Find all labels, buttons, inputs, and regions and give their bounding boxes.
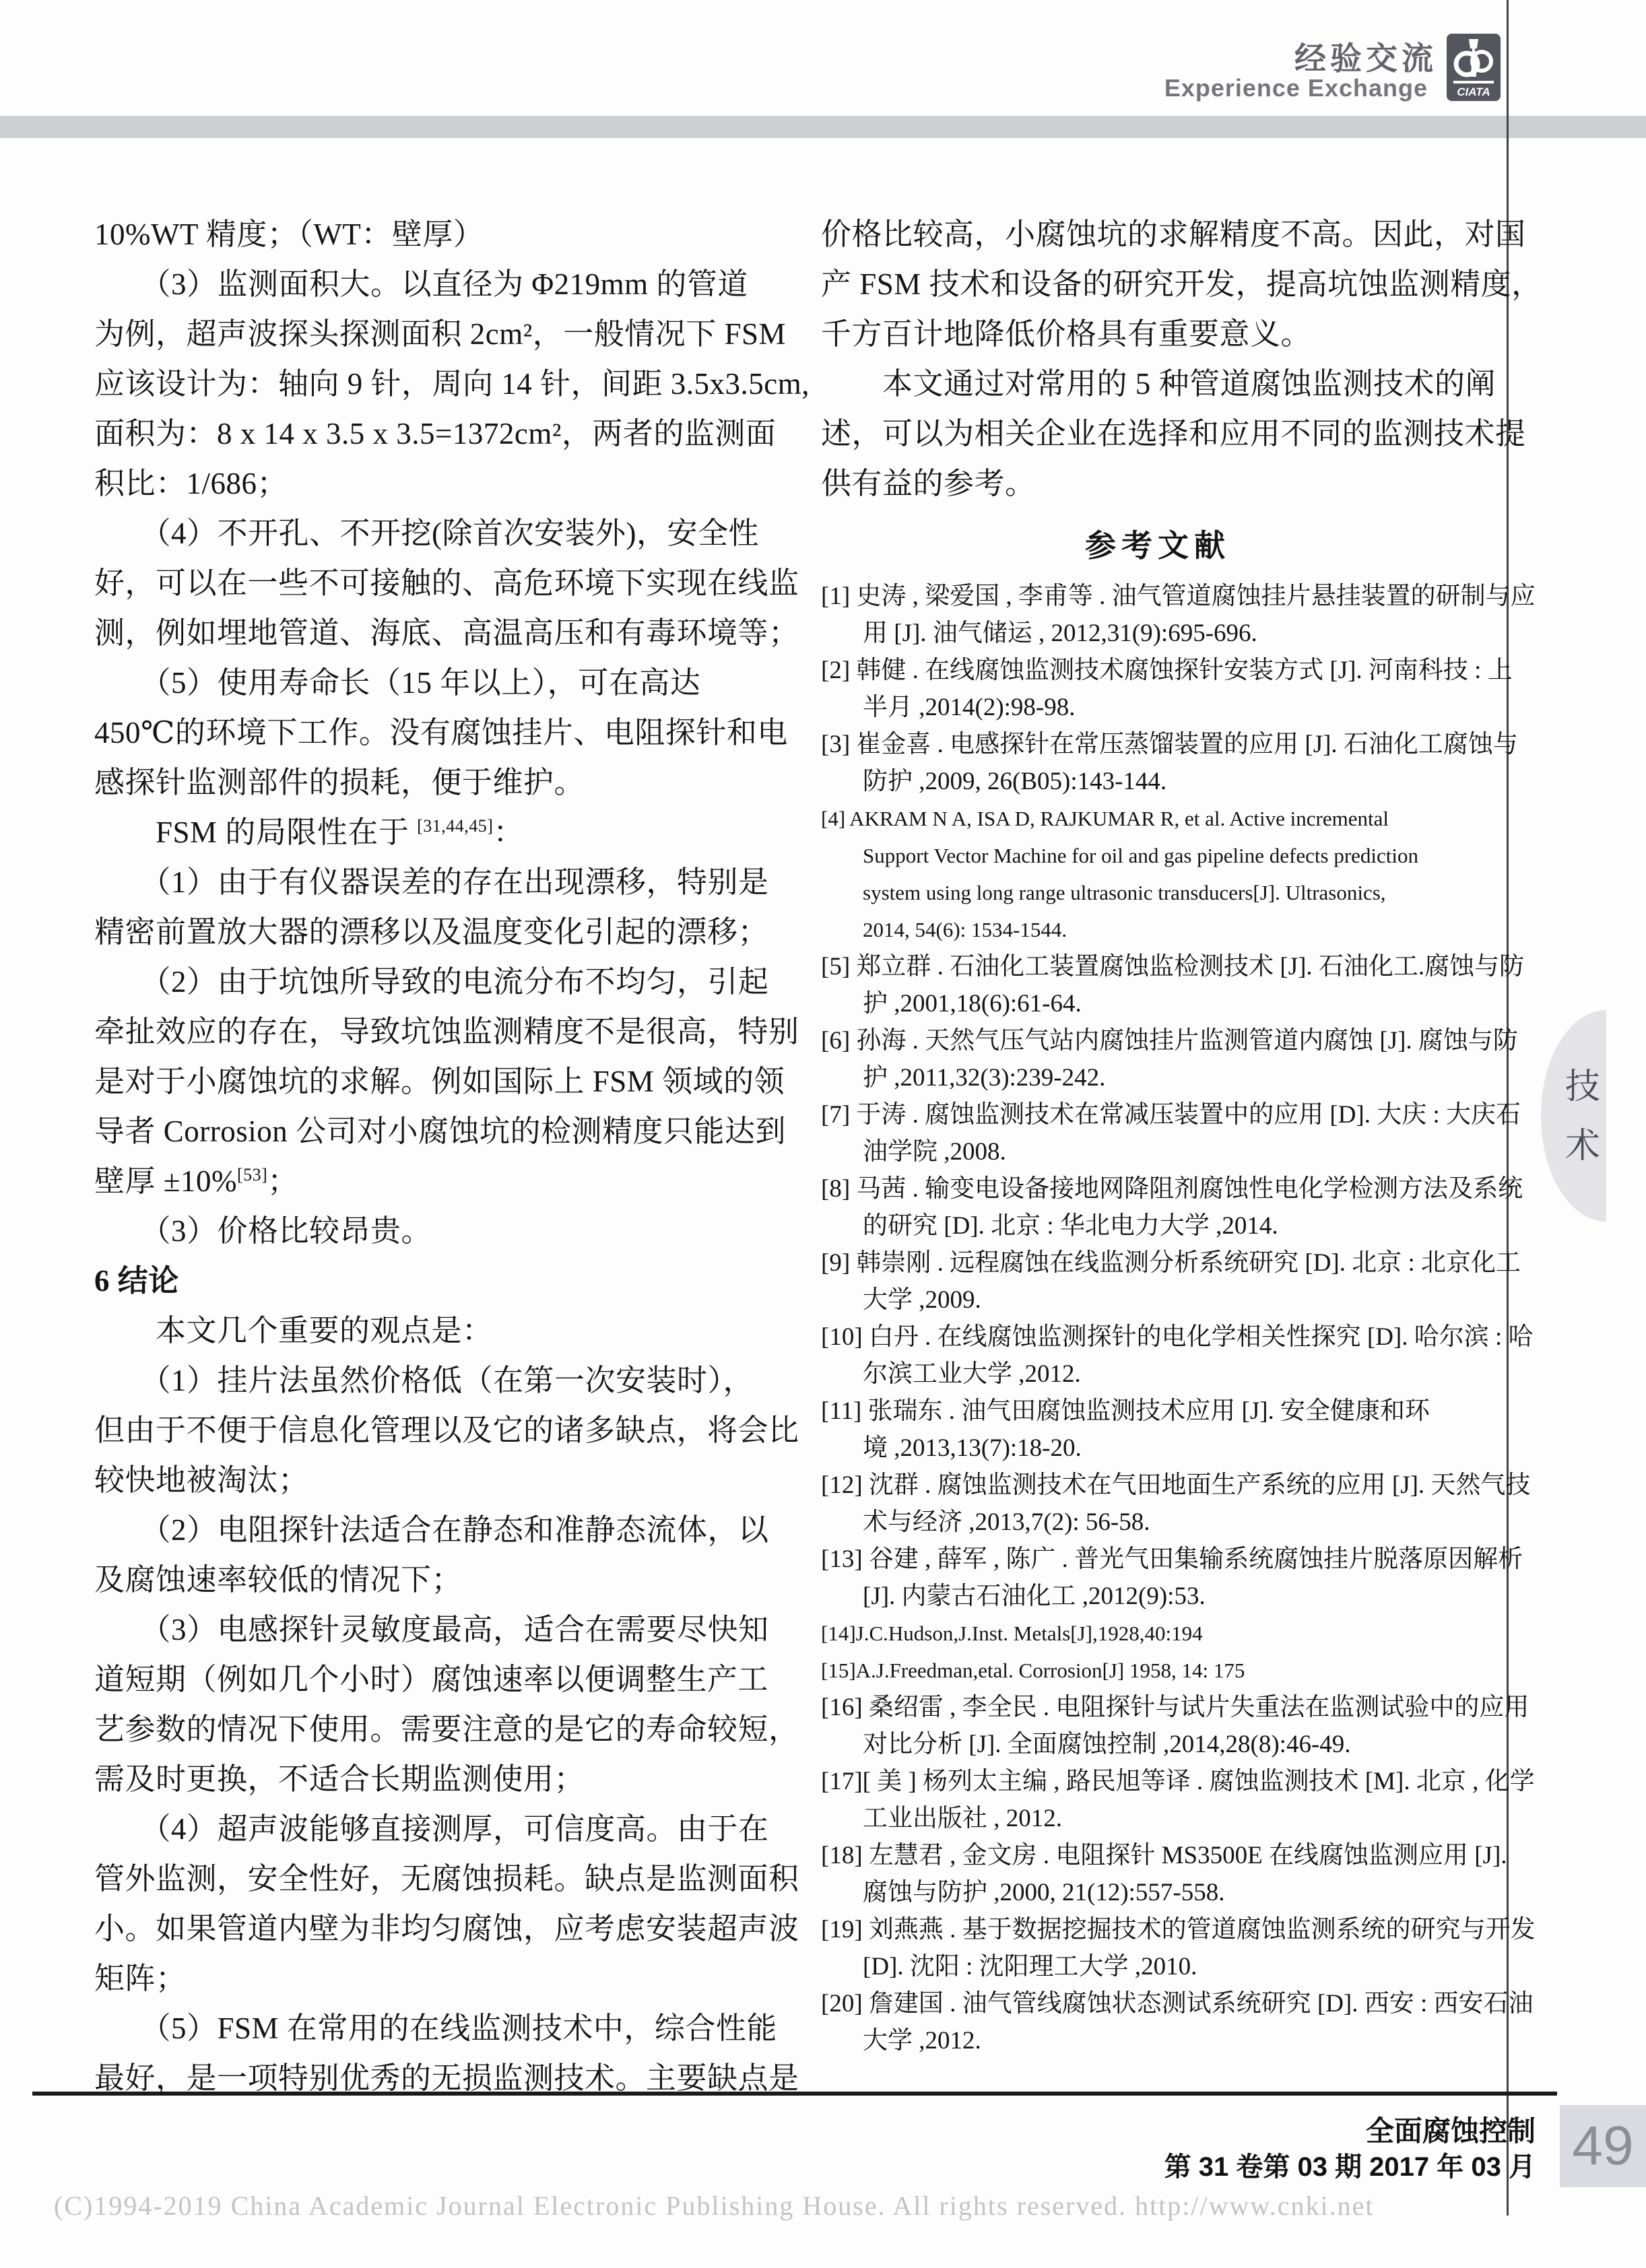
text-line: 450℃的环境下工作。没有腐蚀挂片、电阻探针和电 xyxy=(94,708,773,758)
text-line: 积比：1/686； xyxy=(94,459,773,508)
right-column-body: 价格比较高，小腐蚀坑的求解精度不高。因此，对国产 FSM 技术和设备的研究开发，… xyxy=(821,209,1494,508)
footer-divider xyxy=(32,2092,1557,2096)
reference-line: [20] 詹建国 . 油气管线腐蚀状态测试系统研究 [D]. 西安 : 西安石油 xyxy=(821,1985,1503,2022)
reference-line: 术与经济 ,2013,7(2): 56-58. xyxy=(821,1504,1503,1541)
copyright-watermark: (C)1994-2019 China Academic Journal Elec… xyxy=(54,2190,1374,2222)
section-title-cn: 经验交流 xyxy=(1294,34,1437,79)
text-line: 为例，超声波探头探测面积 2cm²，一般情况下 FSM xyxy=(94,309,773,359)
reference-line: [D]. 沈阳 : 沈阳理工大学 ,2010. xyxy=(821,1948,1503,1985)
text-line: 是对于小腐蚀坑的求解。例如国际上 FSM 领域的领 xyxy=(94,1057,773,1106)
text-line: 精密前置放大器的漂移以及温度变化引起的漂移； xyxy=(94,907,773,957)
text-line: 价格比较高，小腐蚀坑的求解精度不高。因此，对国 xyxy=(821,209,1494,259)
reference-line: [4] AKRAM N A, ISA D, RAJKUMAR R, et al.… xyxy=(821,800,1503,837)
reference-line: [13] 谷建 , 薛军 , 陈广 . 普光气田集输系统腐蚀挂片脱落原因解析 xyxy=(821,1541,1503,1578)
reference-line: [3] 崔金喜 . 电感探针在常压蒸馏装置的应用 [J]. 石油化工腐蚀与 xyxy=(821,726,1503,763)
text-line: 但由于不便于信息化管理以及它的诸多缺点，将会比 xyxy=(94,1405,773,1455)
reference-line: 对比分析 [J]. 全面腐蚀控制 ,2014,28(8):46-49. xyxy=(821,1726,1503,1763)
reference-line: 护 ,2001,18(6):61-64. xyxy=(821,985,1503,1022)
text-line: （3）监测面积大。以直径为 Φ219mm 的管道 xyxy=(94,259,773,309)
side-tab: 技 术 xyxy=(1541,1010,1606,1222)
reference-line: 用 [J]. 油气储运 , 2012,31(9):695-696. xyxy=(821,615,1503,652)
reference-line: 尔滨工业大学 ,2012. xyxy=(821,1356,1503,1393)
reference-line: [5] 郑立群 . 石油化工装置腐蚀监检测技术 [J]. 石油化工.腐蚀与防 xyxy=(821,948,1503,985)
reference-line: Support Vector Machine for oil and gas p… xyxy=(821,837,1503,874)
text-line: （2）由于坑蚀所导致的电流分布不均匀，引起 xyxy=(94,957,773,1007)
side-tab-label: 技 术 xyxy=(1564,1057,1602,1176)
text-line: 面积为：8 x 14 x 3.5 x 3.5=1372cm²，两者的监测面 xyxy=(94,409,773,459)
text-line: 导者 Corrosion 公司对小腐蚀坑的检测精度只能达到 xyxy=(94,1106,773,1156)
reference-line: [11] 张瑞东 . 油气田腐蚀监测技术应用 [J]. 安全健康和环 xyxy=(821,1393,1503,1430)
text-line: 牵扯效应的存在，导致坑蚀监测精度不是很高，特别 xyxy=(94,1007,773,1057)
text-line: 产 FSM 技术和设备的研究开发，提高坑蚀监测精度， xyxy=(821,259,1494,309)
reference-line: [17][ 美 ] 杨列太主编 , 路民旭等译 . 腐蚀监测技术 [M]. 北京… xyxy=(821,1763,1503,1800)
text-line: 供有益的参考。 xyxy=(821,459,1494,508)
reference-line: [7] 于涛 . 腐蚀监测技术在常减压装置中的应用 [D]. 大庆 : 大庆石 xyxy=(821,1096,1503,1133)
text-line: 感探针监测部件的损耗，便于维护。 xyxy=(94,758,773,807)
ciata-logo-icon: CIATA xyxy=(1447,34,1501,101)
reference-line: [J]. 内蒙古石油化工 ,2012(9):53. xyxy=(821,1578,1503,1615)
journal-name: 全面腐蚀控制 xyxy=(1366,2109,1536,2149)
text-line: 矩阵； xyxy=(94,1954,773,2003)
text-line: 管外监测，安全性好，无腐蚀损耗。缺点是监测面积 xyxy=(94,1854,773,1904)
reference-line: [9] 韩崇刚 . 远程腐蚀在线监测分析系统研究 [D]. 北京 : 北京化工 xyxy=(821,1244,1503,1281)
reference-line: 大学 ,2012. xyxy=(821,2022,1503,2059)
references-title: 参考文献 xyxy=(821,525,1494,567)
reference-line: 大学 ,2009. xyxy=(821,1281,1503,1319)
text-line: 较快地被淘汰； xyxy=(94,1455,773,1505)
reference-line: [19] 刘燕燕 . 基于数据挖掘技术的管道腐蚀监测系统的研究与开发 xyxy=(821,1911,1503,1948)
text-line: 6 结论 xyxy=(94,1256,773,1306)
left-column: 10%WT 精度；（WT：壁厚） （3）监测面积大。以直径为 Φ219mm 的管… xyxy=(94,209,773,2103)
text-line: 本文通过对常用的 5 种管道腐蚀监测技术的阐 xyxy=(821,359,1494,409)
text-line: （4）不开孔、不开挖(除首次安装外)，安全性 xyxy=(94,508,773,558)
text-line: （3）价格比较昂贵。 xyxy=(94,1206,773,1256)
text-line: 好，可以在一些不可接触的、高危环境下实现在线监 xyxy=(94,558,773,608)
reference-line: 护 ,2011,32(3):239-242. xyxy=(821,1059,1503,1096)
reference-line: 防护 ,2009, 26(B05):143-144. xyxy=(821,763,1503,800)
reference-line: 的研究 [D]. 北京 : 华北电力大学 ,2014. xyxy=(821,1207,1503,1244)
page: { "header": { "section_cn": "经验交流", "sec… xyxy=(0,0,1646,2268)
text-line: 本文几个重要的观点是： xyxy=(94,1306,773,1356)
page-number-box: 49 xyxy=(1560,2105,1646,2187)
section-title-en: Experience Exchange xyxy=(1164,74,1428,102)
reference-line: 2014, 54(6): 1534-1544. xyxy=(821,911,1503,948)
reference-line: [12] 沈群 . 腐蚀监测技术在气田地面生产系统的应用 [J]. 天然气技 xyxy=(821,1467,1503,1504)
text-line: 10%WT 精度；（WT：壁厚） xyxy=(94,209,773,259)
text-line: 需及时更换，不适合长期监测使用； xyxy=(94,1754,773,1804)
text-line: （3）电感探针灵敏度最高，适合在需要尽快知 xyxy=(94,1605,773,1655)
text-line: 道短期（例如几个小时）腐蚀速率以便调整生产工 xyxy=(94,1655,773,1704)
reference-line: [2] 韩健 . 在线腐蚀监测技术腐蚀探针安装方式 [J]. 河南科技 : 上 xyxy=(821,652,1503,689)
reference-line: [16] 桑绍雷 , 李全民 . 电阻探针与试片失重法在监测试验中的应用 xyxy=(821,1689,1503,1726)
text-line: 壁厚 ±10%[53]； xyxy=(94,1156,773,1206)
reference-line: [6] 孙海 . 天然气压气站内腐蚀挂片监测管道内腐蚀 [J]. 腐蚀与防 xyxy=(821,1022,1503,1059)
references-list: [1] 史涛 , 梁爱国 , 李甫等 . 油气管道腐蚀挂片悬挂装置的研制与应用 … xyxy=(821,578,1503,2059)
text-line: 艺参数的情况下使用。需要注意的是它的寿命较短， xyxy=(94,1704,773,1754)
text-line: （5）FSM 在常用的在线监测技术中，综合性能 xyxy=(94,2003,773,2053)
text-line: （2）电阻探针法适合在静态和准静态流体，以 xyxy=(94,1505,773,1555)
text-line: 小。如果管道内壁为非均匀腐蚀，应考虑安装超声波 xyxy=(94,1904,773,1954)
reference-line: system using long range ultrasonic trans… xyxy=(821,874,1503,911)
text-line: 述，可以为相关企业在选择和应用不同的监测技术提 xyxy=(821,409,1494,459)
text-line: （5）使用寿命长（15 年以上），可在高达 xyxy=(94,658,773,708)
reference-line: 腐蚀与防护 ,2000, 21(12):557-558. xyxy=(821,1874,1503,1911)
text-line: FSM 的局限性在于 [31,44,45]： xyxy=(94,807,773,857)
ciata-logo-text: CIATA xyxy=(1457,86,1490,98)
reference-line: [18] 左慧君 , 金文房 . 电阻探针 MS3500E 在线腐蚀监测应用 [… xyxy=(821,1837,1503,1874)
ciata-logo: CIATA xyxy=(1447,34,1501,101)
reference-line: [8] 马茜 . 输变电设备接地网降阻剂腐蚀性电化学检测方法及系统 xyxy=(821,1170,1503,1207)
reference-line: 工业出版社 , 2012. xyxy=(821,1800,1503,1837)
reference-line: 境 ,2013,13(7):18-20. xyxy=(821,1430,1503,1467)
issue-info: 第 31 卷第 03 期 2017 年 03 月 xyxy=(1164,2145,1536,2184)
text-line: （1）由于有仪器误差的存在出现漂移，特别是 xyxy=(94,857,773,907)
text-line: （4）超声波能够直接测厚，可信度高。由于在 xyxy=(94,1804,773,1854)
page-number: 49 xyxy=(1560,2105,1646,2187)
text-line: 应该设计为：轴向 9 针，周向 14 针，间距 3.5x3.5cm, xyxy=(94,359,773,409)
text-line: 测，例如埋地管道、海底、高温高压和有毒环境等； xyxy=(94,608,773,658)
reference-line: [15]A.J.Freedman,etal. Corrosion[J] 1958… xyxy=(821,1652,1503,1689)
text-line: 千方百计地降低价格具有重要意义。 xyxy=(821,309,1494,359)
text-line: 及腐蚀速率较低的情况下； xyxy=(94,1555,773,1605)
text-line: （1）挂片法虽然价格低（在第一次安装时）， xyxy=(94,1356,773,1405)
reference-line: [1] 史涛 , 梁爱国 , 李甫等 . 油气管道腐蚀挂片悬挂装置的研制与应 xyxy=(821,578,1503,615)
reference-line: 半月 ,2014(2):98-98. xyxy=(821,689,1503,726)
reference-line: [14]J.C.Hudson,J.Inst. Metals[J],1928,40… xyxy=(821,1615,1503,1652)
reference-line: [10] 白丹 . 在线腐蚀监测探针的电化学相关性探究 [D]. 哈尔滨 : 哈 xyxy=(821,1319,1503,1356)
reference-line: 油学院 ,2008. xyxy=(821,1133,1503,1170)
top-gray-band xyxy=(0,116,1646,138)
